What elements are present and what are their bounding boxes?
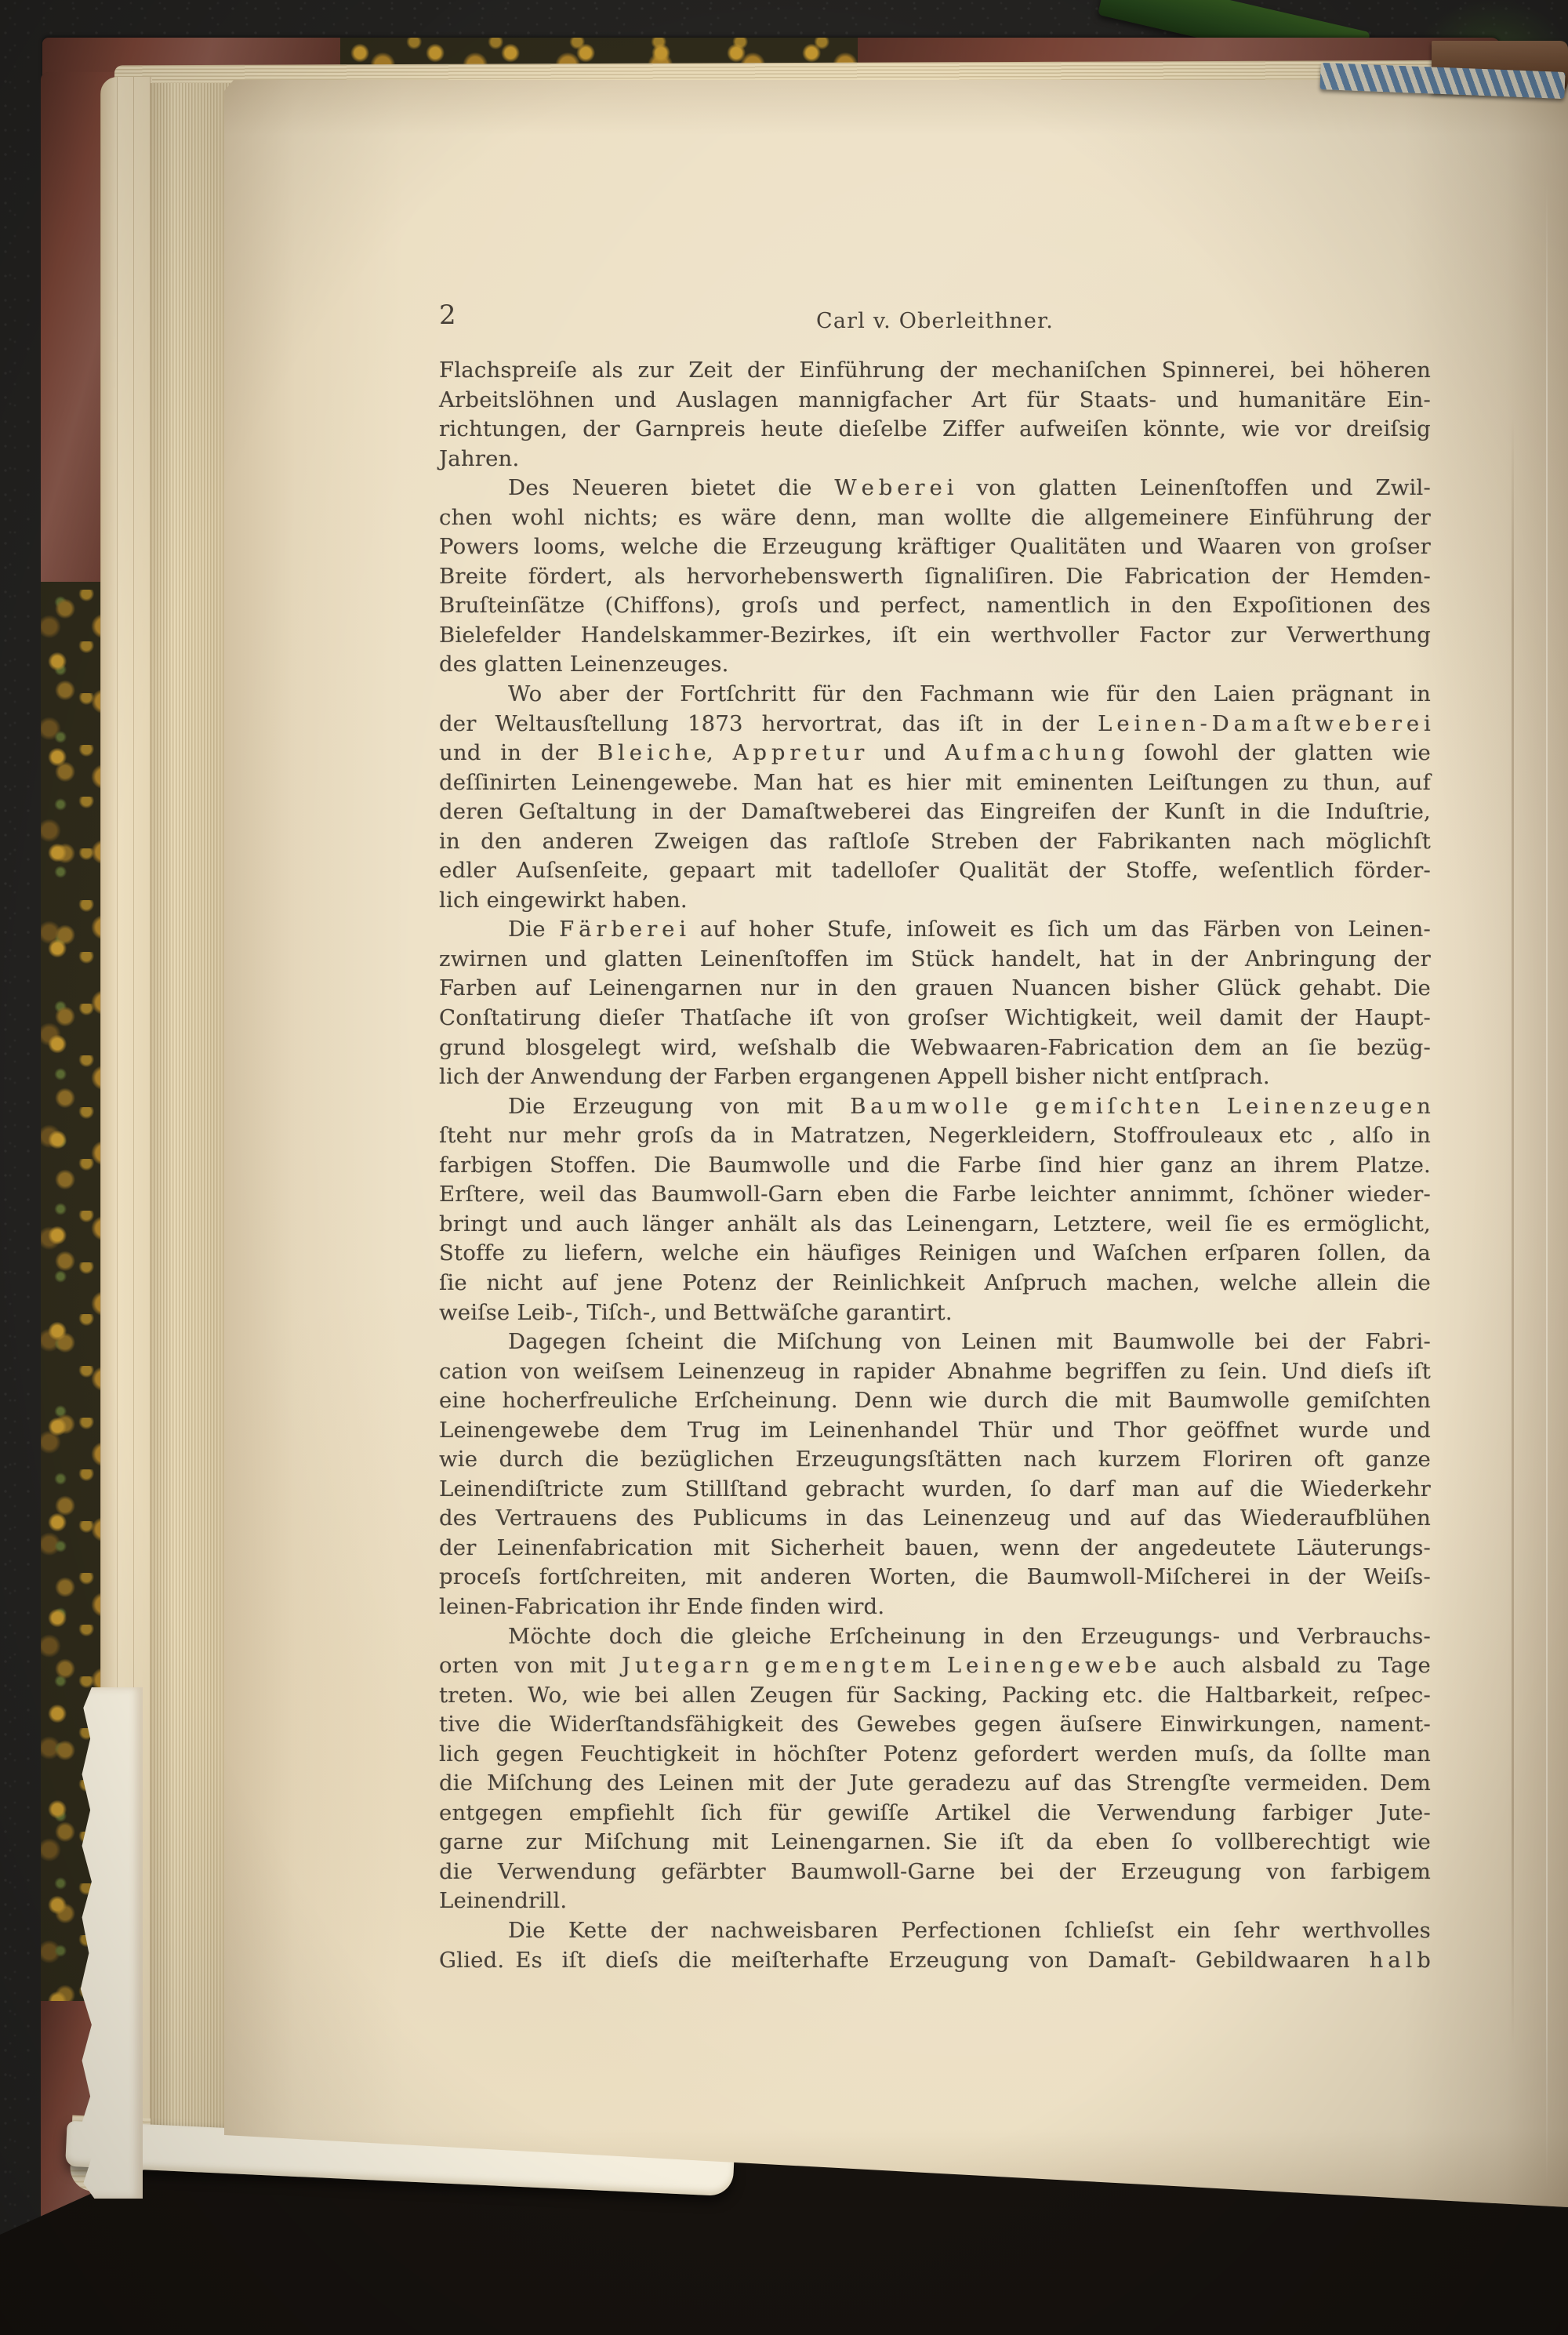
- text-line: Stoffe zu liefern, welche ein häufiges R…: [439, 1239, 1431, 1269]
- paragraph: Dagegen ſcheint die Miſchung von Leinen …: [439, 1327, 1431, 1621]
- text-line: proceſs fortſchreiten, mit anderen Worte…: [439, 1563, 1431, 1592]
- text-line: eine hocherfreuliche Erſcheinung. Denn w…: [439, 1386, 1431, 1416]
- paragraph: Die Erzeugung von mit B a u m w o l l e …: [439, 1092, 1431, 1327]
- text-line: Leinengewebe dem Trug im Leinenhandel Th…: [439, 1416, 1431, 1446]
- text-line: deſſinirten Leinengewebe. Man hat es hie…: [439, 768, 1431, 798]
- text-line: bringt und auch länger anhält als das Le…: [439, 1210, 1431, 1240]
- paragraph: Wo aber der Fortſchritt für den Fachmann…: [439, 680, 1431, 915]
- text-line: Die F ä r b e r e i auf hoher Stufe, inſ…: [439, 915, 1431, 945]
- text-line: deren Geſtaltung in der Damaſtweberei da…: [439, 797, 1431, 827]
- paragraph: Des Neueren bietet die W e b e r e i von…: [439, 474, 1431, 680]
- paragraph: Möchte doch die gleiche Erſcheinung in d…: [439, 1622, 1431, 1916]
- text-line: Jahren.: [439, 445, 1431, 474]
- text-line: zwirnen und glatten Leinenſtoffen im Stü…: [439, 945, 1431, 975]
- running-header: Carl v. Oberleithner.: [439, 309, 1431, 333]
- text-line: garne zur Miſchung mit Leinengarnen. Sie…: [439, 1828, 1431, 1857]
- text-line: Arbeitslöhnen und Auslagen mannigfacher …: [439, 386, 1431, 416]
- text-line: Dagegen ſcheint die Miſchung von Leinen …: [439, 1327, 1431, 1357]
- paragraph: Flachspreiſe als zur Zeit der Einführung…: [439, 356, 1431, 474]
- text-line: in den anderen Zweigen das raſtloſe Stre…: [439, 827, 1431, 857]
- text-line: richtungen, der Garnpreis heute dieſelbe…: [439, 415, 1431, 445]
- text-line: Flachspreiſe als zur Zeit der Einführung…: [439, 356, 1431, 386]
- text-line: Wo aber der Fortſchritt für den Fachmann…: [439, 680, 1431, 710]
- text-line: lich gegen Feuchtigkeit in höchſter Pote…: [439, 1740, 1431, 1770]
- text-line: leinen-Fabrication ihr Ende finden wird.: [439, 1592, 1431, 1622]
- text-line: Möchte doch die gleiche Erſcheinung in d…: [439, 1622, 1431, 1652]
- text-line: Glied. Es iſt dieſs die meiſterhafte Erz…: [439, 1946, 1431, 1976]
- text-line: lich der Anwendung der Farben ergangenen…: [439, 1062, 1431, 1092]
- text-line: Erſtere, weil das Baumwoll-Garn eben die…: [439, 1180, 1431, 1210]
- body-text: Flachspreiſe als zur Zeit der Einführung…: [439, 356, 1431, 1975]
- text-line: Leinendrill.: [439, 1887, 1431, 1916]
- text-line: Conſtatirung dieſer Thatſache iſt von gr…: [439, 1004, 1431, 1033]
- text-line: entgegen empfiehlt ſich für gewiſſe Arti…: [439, 1799, 1431, 1828]
- text-line: edler Auſsenſeite, gepaart mit tadelloſe…: [439, 856, 1431, 886]
- text-line: des Vertrauens des Publicums in das Lein…: [439, 1504, 1431, 1534]
- text-line: tive die Widerſtandsfähigkeit des Gewebe…: [439, 1710, 1431, 1740]
- text-line: Farben auf Leinengarnen nur in den graue…: [439, 974, 1431, 1004]
- text-line: der Weltausſtellung 1873 hervortrat, das…: [439, 710, 1431, 739]
- text-line: Leinendiſtricte zum Stillſtand gebracht …: [439, 1475, 1431, 1505]
- text-line: Die Erzeugung von mit B a u m w o l l e …: [439, 1092, 1431, 1122]
- text-line: Bielefelder Handelskammer-Bezirkes, iſt …: [439, 621, 1431, 651]
- text-line: chen wohl nichts; es wäre denn, man woll…: [439, 503, 1431, 533]
- text-line: lich eingewirkt haben.: [439, 886, 1431, 916]
- text-line: ſteht nur mehr groſs da in Matratzen, Ne…: [439, 1121, 1431, 1151]
- paragraph: Die F ä r b e r e i auf hoher Stufe, inſ…: [439, 915, 1431, 1091]
- text-line: die Miſchung des Leinen mit der Jute ger…: [439, 1769, 1431, 1799]
- paragraph: Die Kette der nachweisbaren Perfectionen…: [439, 1916, 1431, 1975]
- text-line: orten von mit J u t e g a r n g e m e n …: [439, 1651, 1431, 1681]
- text-line: des glatten Leinenzeuges.: [439, 650, 1431, 680]
- text-line: Die Kette der nachweisbaren Perfectionen…: [439, 1916, 1431, 1946]
- text-line: weiſse Leib-, Tiſch-, und Bettwäſche gar…: [439, 1298, 1431, 1328]
- text-line: Breite fördert, als hervorhebenswerth ſi…: [439, 562, 1431, 592]
- text-line: grund blosgelegt wird, weſshalb die Webw…: [439, 1033, 1431, 1063]
- text-line: Bruſteinſätze (Chiffons), groſs und perf…: [439, 591, 1431, 621]
- text-line: der Leinenfabrication mit Sicherheit bau…: [439, 1534, 1431, 1563]
- text-line: wie durch die bezüglichen Erzeugungsſtät…: [439, 1445, 1431, 1475]
- gutter-crease: [1512, 417, 1514, 2048]
- text-line: cation von weiſsem Leinenzeug in rapider…: [439, 1357, 1431, 1387]
- book-page: 2 Carl v. Oberleithner. Flachspreiſe als…: [224, 80, 1568, 2207]
- page-stack-left-edges: [151, 83, 230, 2233]
- gutter-fold-highlight: [1546, 182, 1548, 2189]
- text-line: und in der B l e i c h e, A p p r e t u …: [439, 739, 1431, 768]
- text-line: farbigen Stoffen. Die Baumwolle und die …: [439, 1151, 1431, 1181]
- text-line: Des Neueren bietet die W e b e r e i von…: [439, 474, 1431, 503]
- text-line: Powers looms, welche die Erzeugung kräft…: [439, 532, 1431, 562]
- text-line: ſie nicht auf jene Potenz der Reinlichke…: [439, 1269, 1431, 1298]
- text-line: die Verwendung gefärbter Baumwoll-Garne …: [439, 1857, 1431, 1887]
- text-line: treten. Wo, wie bei allen Zeugen für Sac…: [439, 1681, 1431, 1711]
